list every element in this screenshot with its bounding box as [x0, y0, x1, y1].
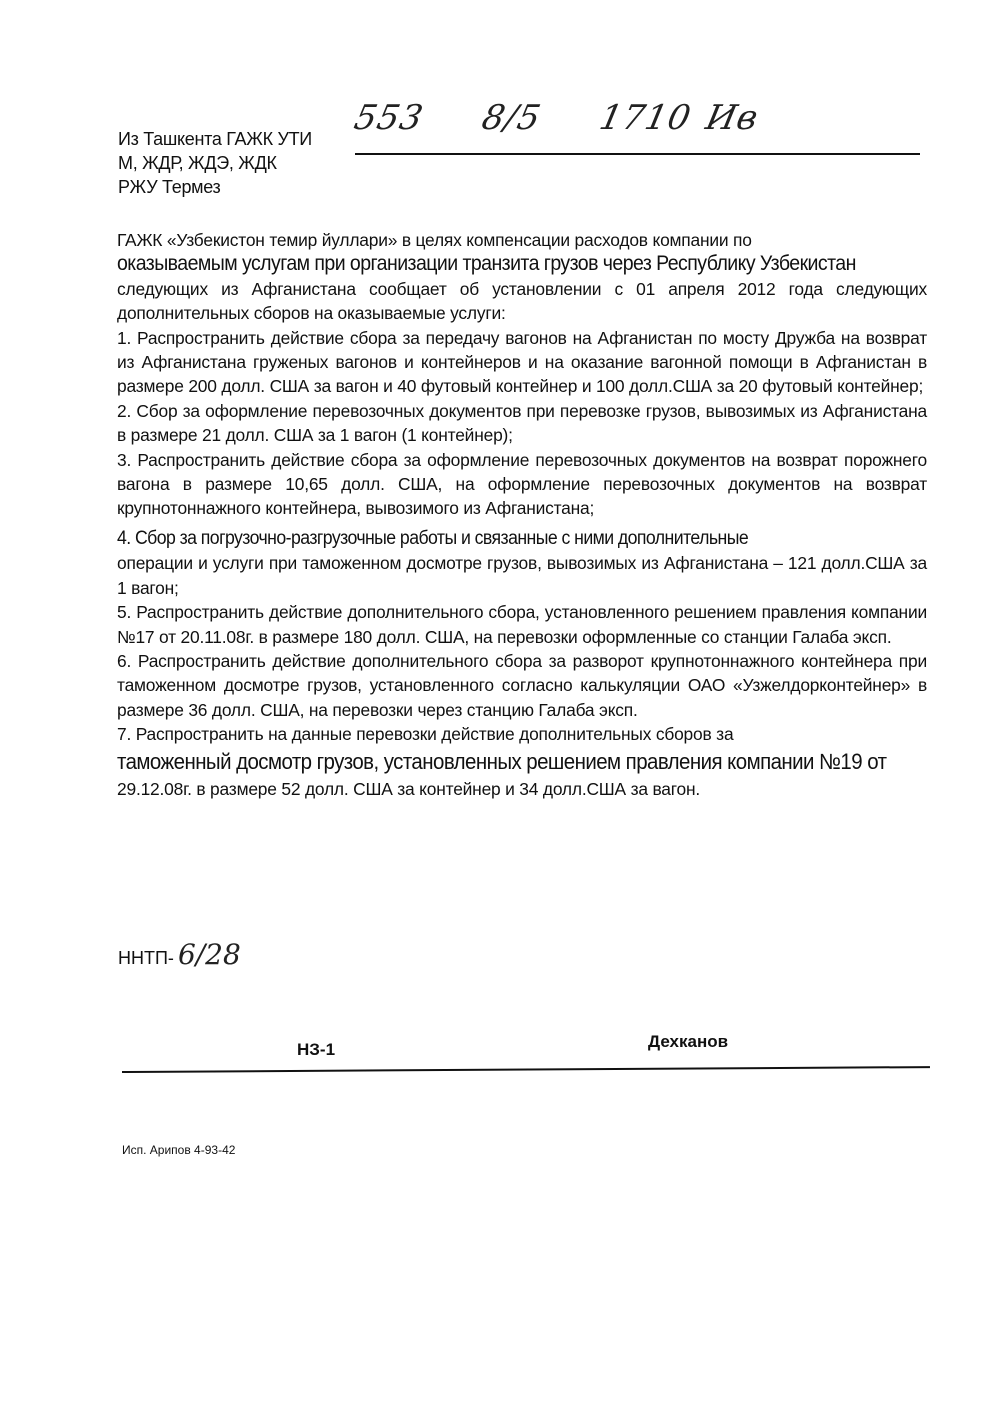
registration-code: 8/5: [478, 98, 544, 138]
nntp-label: ННТП-: [118, 948, 174, 968]
item-5: 5. Распространить действие дополнительно…: [117, 600, 927, 649]
item-1: 1. Распространить действие сбора за пере…: [117, 326, 927, 399]
item-4-rest: операции и услуги при таможенном досмотр…: [117, 551, 927, 600]
registration-stamp: 553 8/5 1710 Ив: [351, 98, 811, 138]
document-code: НЗ-1: [297, 1040, 335, 1060]
letter-body: ГАЖК «Узбекистон темир йуллари» в целях …: [117, 228, 927, 801]
intro-line-2: оказываемым услугам при организации тран…: [117, 252, 870, 276]
intro-line-3: следующих из Афганистана сообщает об уст…: [117, 277, 927, 326]
signature-divider: [122, 1066, 930, 1073]
intro-line-1: ГАЖК «Узбекистон темир йуллари» в целях …: [117, 228, 927, 252]
signer-name: Дехканов: [648, 1032, 728, 1052]
registration-number: 553: [351, 98, 427, 138]
address-block: Из Ташкента ГАЖК УТИ М, ЖДР, ЖДЭ, ЖДК РЖ…: [118, 127, 312, 199]
item-6: 6. Распространить действие дополнительно…: [117, 649, 927, 722]
item-7-rest: 29.12.08г. в размере 52 долл. США за кон…: [117, 777, 927, 801]
registration-time: 1710: [596, 98, 695, 138]
nntp-handwritten: 6/28: [178, 938, 241, 971]
registration-initials: Ив: [702, 98, 762, 138]
item-4-line-1: 4. Сбор за погрузочно-разгрузочные работ…: [117, 527, 870, 551]
address-line-3: РЖУ Термез: [118, 175, 312, 199]
item-7-line-1: 7. Распространить на данные перевозки де…: [117, 722, 927, 746]
nntp-reference: ННТП-6/28: [118, 938, 241, 971]
registration-underline: [355, 153, 920, 155]
item-3: 3. Распространить действие сбора за офор…: [117, 448, 927, 521]
item-7-line-2: таможенный досмотр грузов, установленных…: [117, 747, 870, 777]
item-2: 2. Сбор за оформление перевозочных докум…: [117, 399, 927, 448]
address-line-1: Из Ташкента ГАЖК УТИ: [118, 127, 312, 151]
address-line-2: М, ЖДР, ЖДЭ, ЖДК: [118, 151, 312, 175]
executor-info: Исп. Арипов 4-93-42: [122, 1143, 235, 1157]
